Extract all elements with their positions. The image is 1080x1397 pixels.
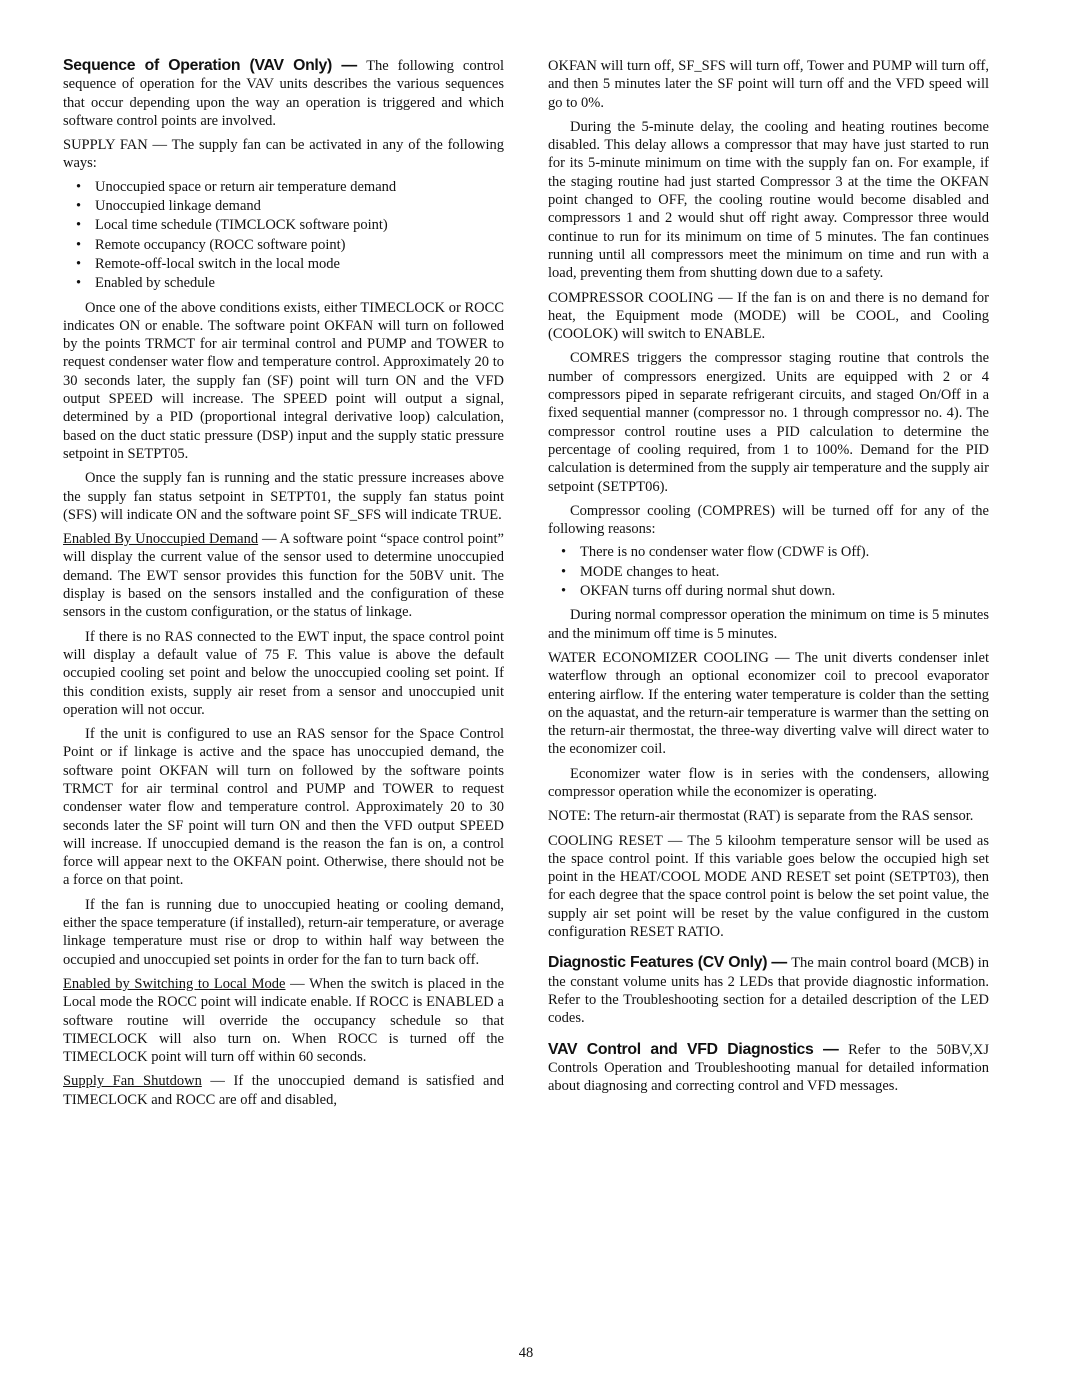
para-supply-fan-shutdown: Supply Fan Shutdown — If the unoccupied …	[63, 1072, 504, 1109]
left-column: Sequence of Operation (VAV Only) — The f…	[63, 57, 504, 1109]
heading-vav-control-vfd-diagnostics: VAV Control and VFD Diagnostics — Refer …	[548, 1041, 989, 1096]
list-item-text: OKFAN turns off during normal shut down.	[580, 583, 835, 599]
para-timeclock-rocc: Once one of the above conditions exists,…	[63, 299, 504, 464]
list-item-text: Remote occupancy (ROCC software point)	[95, 237, 345, 253]
para-enabled-by-switching-local-mode: Enabled by Switching to Local Mode — Whe…	[63, 975, 504, 1066]
para-okfan-turn-off: OKFAN will turn off, SF_SFS will turn of…	[548, 57, 989, 112]
subsection-title: Enabled by Switching to Local Mode	[63, 976, 285, 992]
bullet-icon: •	[561, 582, 566, 600]
list-item: •OKFAN turns off during normal shut down…	[548, 582, 989, 600]
para-compressor-cooling: COMPRESSOR COOLING — If the fan is on an…	[548, 289, 989, 344]
bullet-icon: •	[76, 216, 81, 234]
para-water-economizer-cooling: WATER ECONOMIZER COOLING — The unit dive…	[548, 649, 989, 759]
para-cooling-reset: COOLING RESET — The 5 kiloohm temperatur…	[548, 832, 989, 942]
list-item-text: Remote-off-local switch in the local mod…	[95, 256, 340, 272]
para-normal-compressor-operation: During normal compressor operation the m…	[548, 606, 989, 643]
list-item: •MODE changes to heat.	[548, 563, 989, 581]
para-compres-turned-off: Compressor cooling (COMPRES) will be tur…	[548, 502, 989, 539]
para-five-minute-delay: During the 5-minute delay, the cooling a…	[548, 118, 989, 283]
section-title: VAV Control and VFD Diagnostics —	[548, 1041, 848, 1058]
list-item-text: MODE changes to heat.	[580, 564, 719, 580]
list-item: •Enabled by schedule	[63, 274, 504, 292]
heading-sequence-of-operation: Sequence of Operation (VAV Only) — The f…	[63, 57, 504, 130]
list-item: •Remote-off-local switch in the local mo…	[63, 255, 504, 273]
para-no-ras-default: If there is no RAS connected to the EWT …	[63, 628, 504, 719]
para-enabled-by-unoccupied-demand: Enabled By Unoccupied Demand — A softwar…	[63, 530, 504, 621]
list-item-text: There is no condenser water flow (CDWF i…	[580, 544, 869, 560]
list-item-text: Local time schedule (TIMCLOCK software p…	[95, 217, 388, 233]
para-fan-running-unoccupied: If the fan is running due to unoccupied …	[63, 896, 504, 969]
section-title: Sequence of Operation (VAV Only) —	[63, 57, 366, 74]
bullet-icon: •	[76, 178, 81, 196]
para-supply-fan: SUPPLY FAN — The supply fan can be activ…	[63, 136, 504, 173]
list-item: •Unoccupied space or return air temperat…	[63, 178, 504, 196]
heading-diagnostic-features: Diagnostic Features (CV Only) — The main…	[548, 954, 989, 1027]
list-item-text: Unoccupied space or return air temperatu…	[95, 179, 396, 195]
compres-off-reasons-list: •There is no condenser water flow (CDWF …	[548, 543, 989, 600]
subsection-title: Enabled By Unoccupied Demand	[63, 531, 258, 547]
manual-page: Sequence of Operation (VAV Only) — The f…	[0, 0, 1080, 1397]
list-item: •There is no condenser water flow (CDWF …	[548, 543, 989, 561]
para-comres-staging: COMRES triggers the compressor staging r…	[548, 349, 989, 495]
bullet-icon: •	[76, 236, 81, 254]
para-ras-sensor-configured: If the unit is configured to use an RAS …	[63, 725, 504, 890]
bullet-icon: •	[76, 255, 81, 273]
bullet-icon: •	[561, 543, 566, 561]
para-economizer-water-flow: Economizer water flow is in series with …	[548, 765, 989, 802]
subsection-title: Supply Fan Shutdown	[63, 1073, 202, 1089]
right-column: OKFAN will turn off, SF_SFS will turn of…	[548, 57, 989, 1109]
supply-fan-activation-list: •Unoccupied space or return air temperat…	[63, 178, 504, 293]
two-column-text-area: Sequence of Operation (VAV Only) — The f…	[63, 57, 989, 1109]
section-title: Diagnostic Features (CV Only) —	[548, 954, 791, 971]
bullet-icon: •	[76, 274, 81, 292]
bullet-icon: •	[561, 563, 566, 581]
list-item: •Unoccupied linkage demand	[63, 197, 504, 215]
list-item: •Remote occupancy (ROCC software point)	[63, 236, 504, 254]
para-note-rat: NOTE: The return-air thermostat (RAT) is…	[548, 807, 989, 825]
list-item: •Local time schedule (TIMCLOCK software …	[63, 216, 504, 234]
page-number: 48	[63, 1344, 989, 1362]
list-item-text: Enabled by schedule	[95, 275, 215, 291]
list-item-text: Unoccupied linkage demand	[95, 198, 261, 214]
bullet-icon: •	[76, 197, 81, 215]
para-supply-fan-running: Once the supply fan is running and the s…	[63, 469, 504, 524]
